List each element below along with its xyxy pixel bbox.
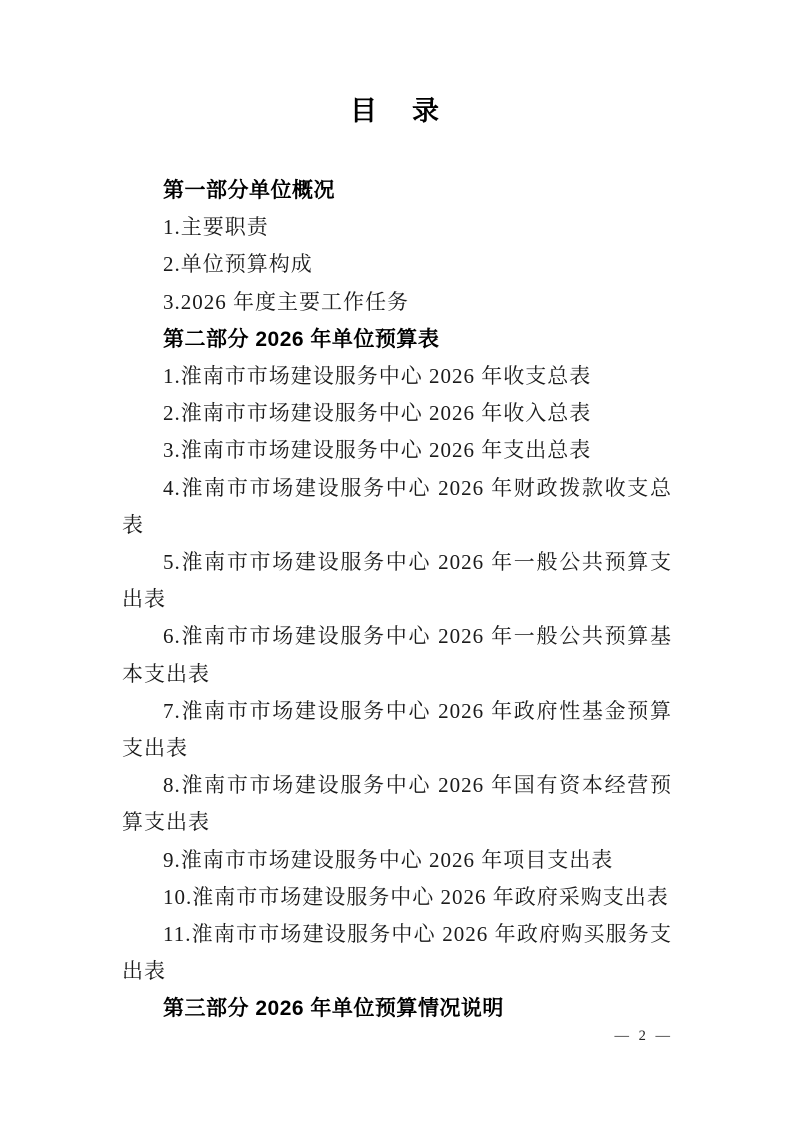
toc-item: 4.淮南市市场建设服务中心 2026 年财政拨款收支总表 — [122, 470, 672, 544]
toc-item: 8.淮南市市场建设服务中心 2026 年国有资本经营预算支出表 — [122, 767, 672, 841]
page-title: 目 录 — [0, 0, 793, 126]
page-number: — 2 — — [615, 1028, 674, 1045]
document-page: 目 录 第一部分单位概况1.主要职责2.单位预算构成3.2026 年度主要工作任… — [0, 0, 793, 1122]
toc-section: 第三部分 2026 年单位预算情况说明 — [122, 990, 672, 1027]
table-of-contents: 第一部分单位概况1.主要职责2.单位预算构成3.2026 年度主要工作任务第二部… — [122, 172, 672, 1028]
toc-item: 9.淮南市市场建设服务中心 2026 年项目支出表 — [122, 842, 672, 879]
toc-item: 3.2026 年度主要工作任务 — [122, 284, 672, 321]
toc-item: 6.淮南市市场建设服务中心 2026 年一般公共预算基本支出表 — [122, 618, 672, 692]
toc-item: 7.淮南市市场建设服务中心 2026 年政府性基金预算支出表 — [122, 693, 672, 767]
toc-section: 第二部分 2026 年单位预算表1.淮南市市场建设服务中心 2026 年收支总表… — [122, 321, 672, 991]
toc-item: 5.淮南市市场建设服务中心 2026 年一般公共预算支出表 — [122, 544, 672, 618]
toc-section: 第一部分单位概况1.主要职责2.单位预算构成3.2026 年度主要工作任务 — [122, 172, 672, 321]
toc-section-heading: 第三部分 2026 年单位预算情况说明 — [122, 990, 672, 1027]
toc-item: 2.单位预算构成 — [122, 246, 672, 283]
toc-section-heading: 第二部分 2026 年单位预算表 — [122, 321, 672, 358]
toc-item: 3.淮南市市场建设服务中心 2026 年支出总表 — [122, 432, 672, 469]
toc-item: 11.淮南市市场建设服务中心 2026 年政府购买服务支出表 — [122, 916, 672, 990]
toc-item: 1.淮南市市场建设服务中心 2026 年收支总表 — [122, 358, 672, 395]
toc-item: 10.淮南市市场建设服务中心 2026 年政府采购支出表 — [122, 879, 672, 916]
toc-item: 2.淮南市市场建设服务中心 2026 年收入总表 — [122, 395, 672, 432]
toc-section-heading: 第一部分单位概况 — [122, 172, 672, 209]
toc-item: 1.主要职责 — [122, 209, 672, 246]
